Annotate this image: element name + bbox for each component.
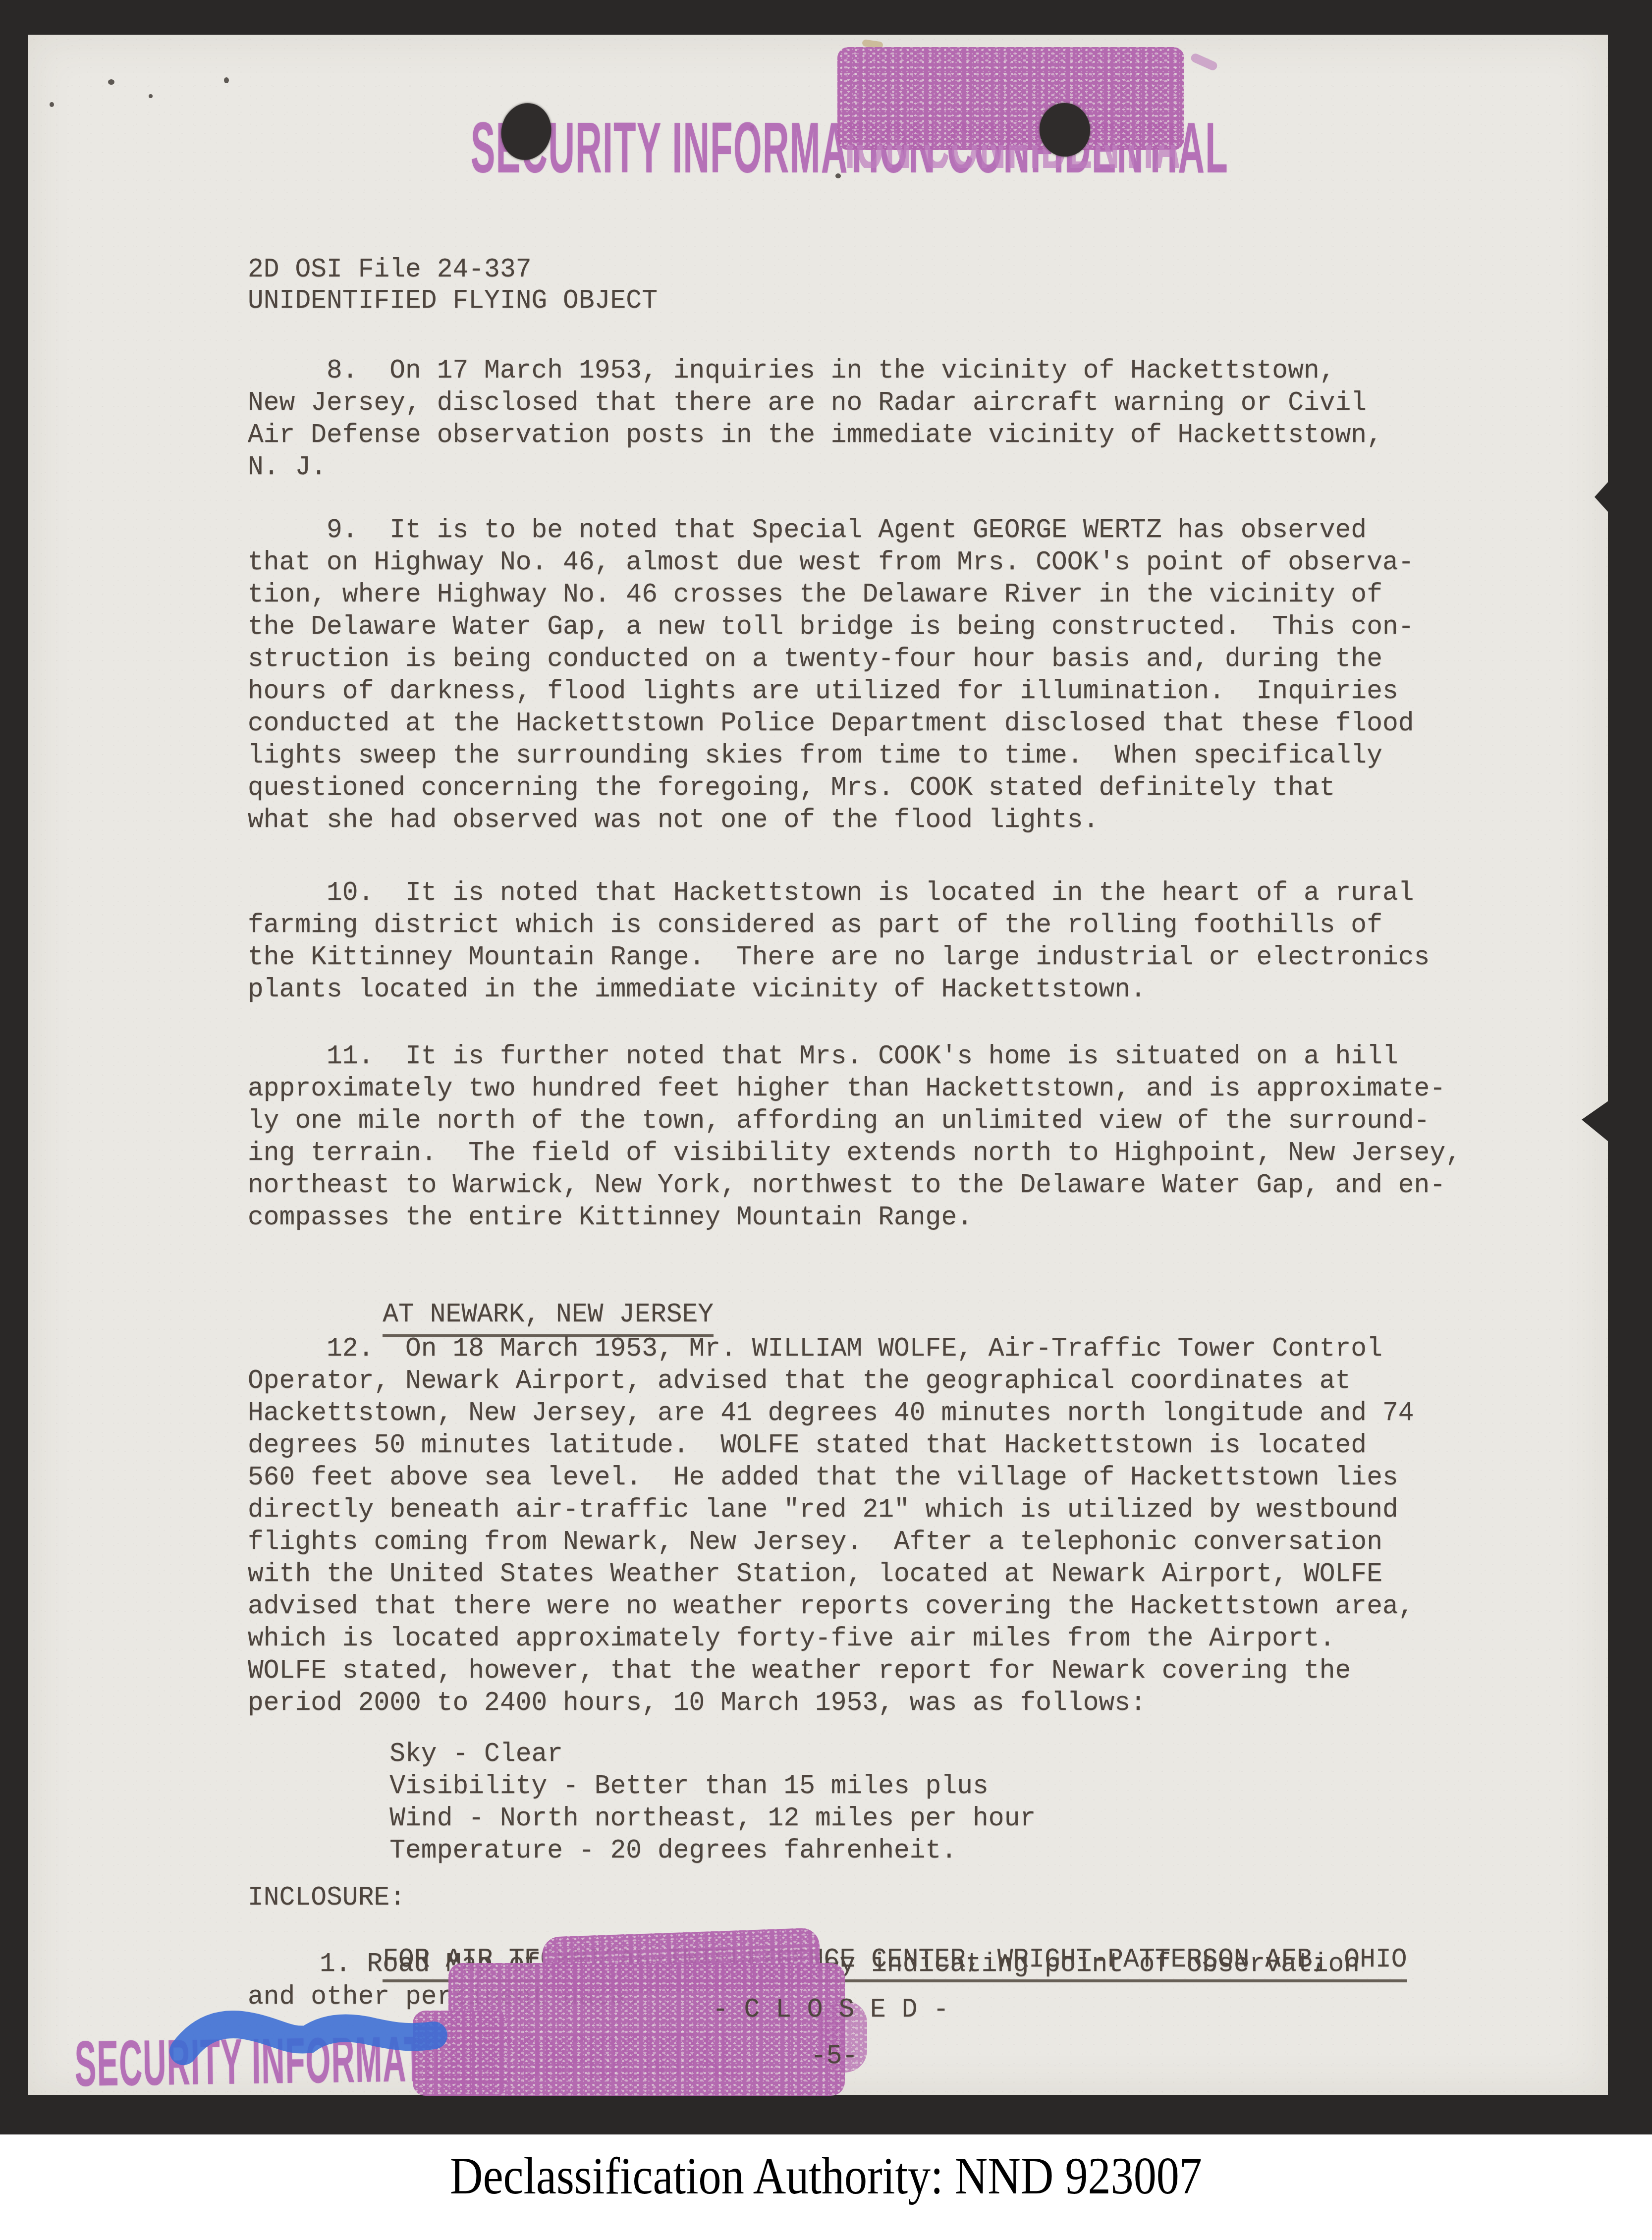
paragraph-11: 11. It is further noted that Mrs. COOK's… [248,1040,1461,1234]
ink-speck [108,79,114,85]
ink-speck [149,94,153,98]
closed-marking: - C L O S E D - [713,1994,949,2026]
ink-speck [50,102,54,107]
stamp-ghost-strip: ION CONFIDENTIAL [845,145,1182,168]
page-number: -5- [811,2040,858,2073]
inclosure-label: INCLOSURE: [248,1882,405,1914]
scanned-document-page: SECURITY INFORMATION CONFIDENTIAL ION CO… [0,0,1652,2240]
paragraph-8: 8. On 17 March 1953, inquiries in the vi… [248,355,1382,484]
file-reference-header: 2D OSI File 24-337 UNIDENTIFIED FLYING O… [248,254,658,317]
weather-report-list: Sky - Clear Visibility - Better than 15 … [248,1738,1036,1867]
blue-pen-scribble [164,2011,461,2075]
stamp-blot-bottom-main [448,1963,845,2096]
ink-speck [224,77,229,83]
paragraph-10: 10. It is noted that Hackettstown is loc… [248,877,1430,1006]
paragraph-12: 12. On 18 March 1953, Mr. WILLIAM WOLFE,… [248,1333,1414,1719]
section-heading-newark-text: AT NEWARK, NEW JERSEY [383,1299,714,1337]
declassification-text: Declassification Authority: NND 923007 [33,2145,1619,2206]
paragraph-9: 9. It is to be noted that Special Agent … [248,514,1414,836]
declassification-banner: Declassification Authority: NND 923007 [0,2134,1652,2240]
stamp-ghost-text: ION CONFIDENTIAL [845,145,1182,168]
stamp-blot-top [837,47,1184,150]
